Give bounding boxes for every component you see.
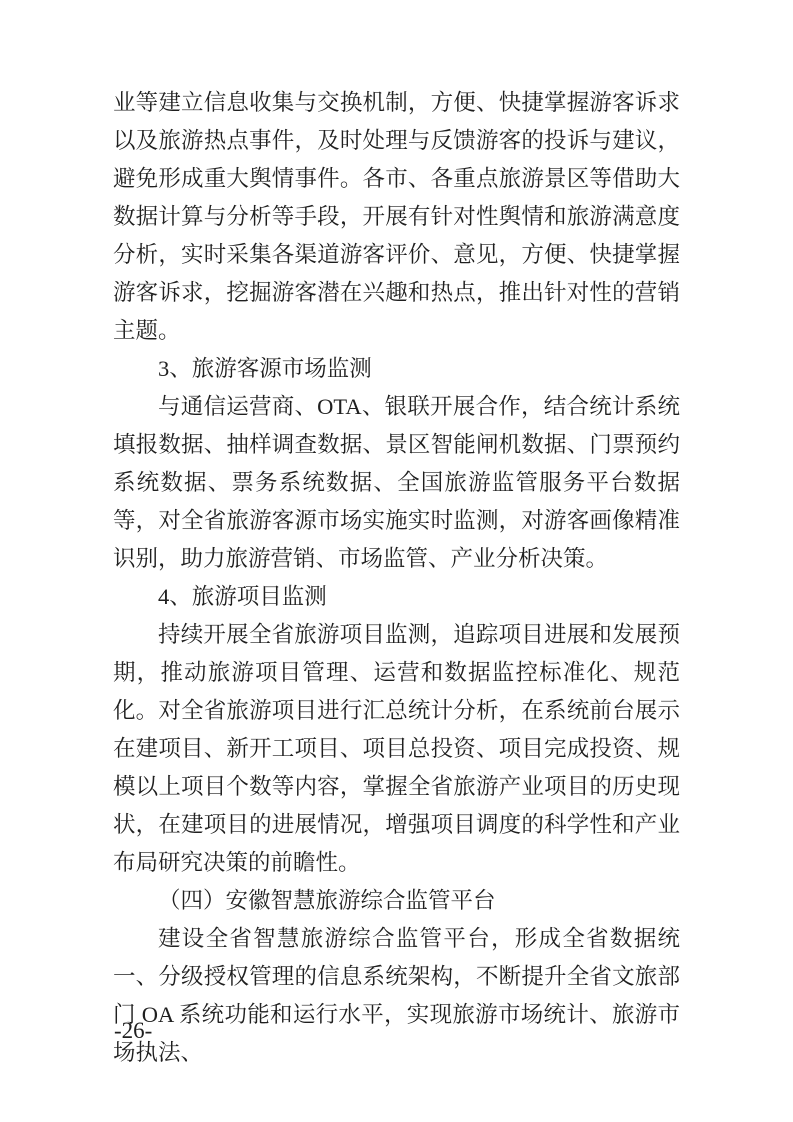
document-page: 业等建立信息收集与交换机制，方便、快捷掌握游客诉求以及旅游热点事件，及时处理与反…	[0, 0, 793, 1122]
heading-tourism-project-monitoring: 4、旅游项目监测	[113, 578, 680, 616]
paragraph-tourist-source-market: 与通信运营商、OTA、银联开展合作，结合统计系统填报数据、抽样调查数据、景区智能…	[113, 388, 680, 578]
paragraph-continuation-public-opinion: 业等建立信息收集与交换机制，方便、快捷掌握游客诉求以及旅游热点事件，及时处理与反…	[113, 84, 680, 350]
heading-tourist-source-market-monitoring: 3、旅游客源市场监测	[113, 350, 680, 388]
document-body: 业等建立信息收集与交换机制，方便、快捷掌握游客诉求以及旅游热点事件，及时处理与反…	[113, 84, 680, 1072]
page-number: -26-	[114, 1012, 152, 1050]
paragraph-tourism-project: 持续开展全省旅游项目监测，追踪项目进展和发展预期，推动旅游项目管理、运营和数据监…	[113, 616, 680, 882]
paragraph-supervision-platform: 建设全省智慧旅游综合监管平台，形成全省数据统一、分级授权管理的信息系统架构，不断…	[113, 920, 680, 1072]
heading-anhui-smart-tourism-supervision-platform: （四）安徽智慧旅游综合监管平台	[113, 882, 680, 920]
